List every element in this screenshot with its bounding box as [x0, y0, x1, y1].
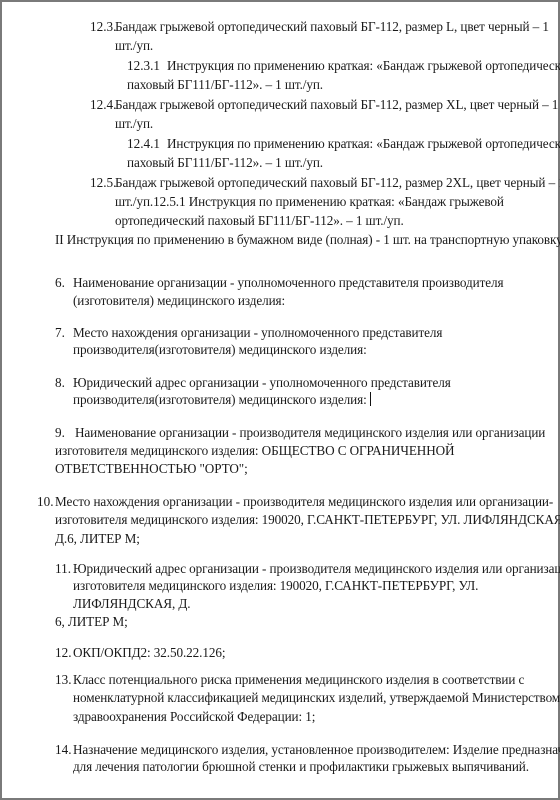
item-number: 12.: [55, 645, 71, 661]
item-text-line: шт./уп.12.5.1 Инструкция по применению к…: [115, 194, 504, 210]
item-text-line: Наименование организации - производителя…: [75, 425, 545, 441]
item-text-line: Юридический адрес организации - производ…: [73, 561, 560, 577]
item-text-line: Место нахождения организации - уполномоч…: [73, 325, 442, 341]
full-instruction-line: II Инструкция по применению в бумажном в…: [55, 232, 560, 248]
document-page[interactable]: 12.3. Бандаж грыжевой ортопедический пах…: [0, 0, 560, 800]
item-text-line: (изготовителя) медицинского изделия:: [73, 293, 285, 309]
item-text-line: паховый БГ111/БГ-112». – 1 шт./уп.: [127, 155, 323, 171]
item-text-line: Инструкция по применению краткая: «Банда…: [167, 136, 560, 152]
item-text-line: производителя(изготовителя) медицинского…: [73, 342, 367, 358]
item-text-line: Назначение медицинского изделия, установ…: [73, 742, 560, 758]
item-number: 12.3.: [90, 19, 116, 35]
item-text-line: ОТВЕТСТВЕННОСТЬЮ "ОРТО";: [55, 461, 248, 477]
item-text-line: изготовителя медицинского изделия: 19002…: [73, 578, 478, 594]
item-number: 7.: [55, 325, 65, 341]
item-text-line: Бандаж грыжевой ортопедический паховый Б…: [115, 97, 558, 113]
item-text-line: Инструкция по применению краткая: «Банда…: [167, 58, 560, 74]
item-number: 12.5.: [90, 175, 116, 191]
item-number: 12.4.: [90, 97, 116, 113]
item-number: 11.: [55, 561, 71, 577]
item-text-line: Д.6, ЛИТЕР М;: [55, 531, 140, 547]
item-text-line: производителя(изготовителя) медицинского…: [73, 392, 367, 407]
item-text-line: шт./уп.: [115, 38, 153, 54]
item-text-line: шт./уп.: [115, 116, 153, 132]
item-text-line: Бандаж грыжевой ортопедический паховый Б…: [115, 19, 549, 35]
item-text-line: здравоохранения Российской Федерации: 1;: [73, 709, 315, 725]
item-text-line: ЛИФЛЯНДСКАЯ, Д.: [73, 596, 190, 612]
item-text-line: Бандаж грыжевой ортопедический паховый Б…: [115, 175, 560, 191]
item-number: 12.3.1: [127, 58, 160, 74]
item-text-line: паховый БГ111/БГ-112». – 1 шт./уп.: [127, 77, 323, 93]
item-text-line: для лечения патологии брюшной стенки и п…: [73, 759, 529, 775]
item-text-line: Наименование организации - уполномоченно…: [73, 275, 503, 291]
item-text-line: Класс потенциального риска применения ме…: [73, 672, 524, 688]
item-text-line: Место нахождения организации - производи…: [55, 494, 553, 510]
item-text-line: изготовителя медицинского изделия: 19002…: [55, 512, 560, 528]
item-number: 8.: [55, 375, 65, 391]
item-number: 9.: [55, 425, 65, 441]
item-number: 13.: [55, 672, 71, 688]
item-text-line-with-cursor[interactable]: производителя(изготовителя) медицинского…: [73, 392, 371, 408]
item-number: 10.: [37, 494, 53, 510]
item-number: 6.: [55, 275, 65, 291]
item-text-line: изготовителя медицинского изделия: ОБЩЕС…: [55, 443, 454, 459]
item-text-line: номенклатурной классификацией медицински…: [73, 690, 560, 706]
item-text-line: ОКП/ОКПД2: 32.50.22.126;: [73, 645, 225, 661]
item-number: 12.4.1: [127, 136, 160, 152]
text-cursor: [370, 392, 371, 406]
item-text-line: ортопедический паховый БГ111/БГ-112». – …: [115, 213, 404, 229]
item-number: 14.: [55, 742, 71, 758]
item-text-line: 6, ЛИТЕР М;: [55, 614, 128, 630]
item-text-line: Юридический адрес организации - уполномо…: [73, 375, 451, 391]
